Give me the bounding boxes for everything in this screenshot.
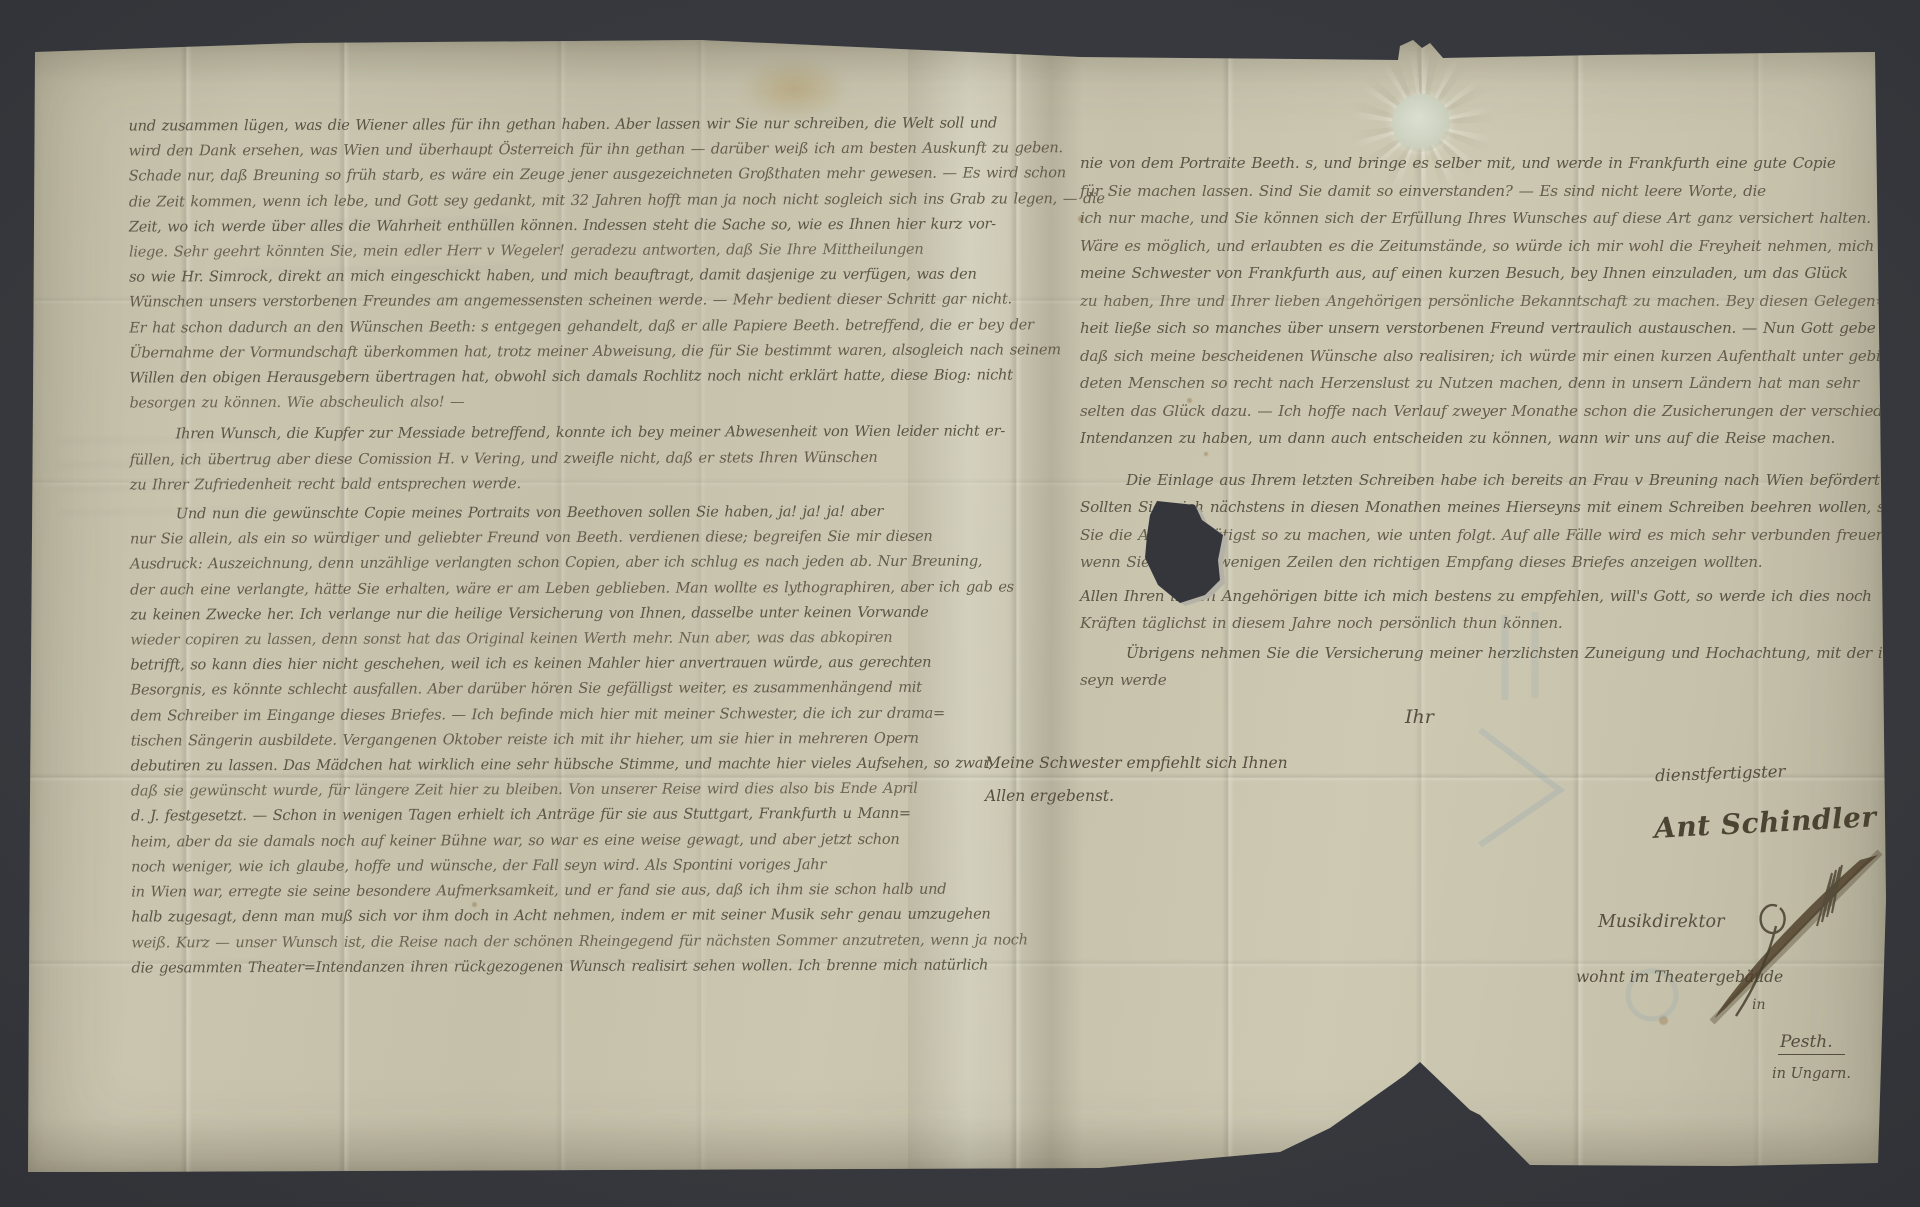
closing-ihr: Ihr	[1405, 706, 1434, 728]
signer-title: Musikdirektor	[1598, 912, 1724, 932]
handwritten-line: heit ließe sich so manches über unsern v…	[1080, 315, 1900, 343]
left-page-text: und zusammen lügen, was die Wiener alles…	[128, 111, 991, 981]
foxing-spot	[1659, 1016, 1668, 1025]
fold-crease	[1010, 38, 1022, 1174]
handwritten-line: meine Schwester von Frankfurth aus, auf …	[1080, 260, 1900, 288]
handwritten-line: in Wien war, erregte sie seine besondere…	[131, 877, 991, 905]
handwritten-line: zu Ihrer Zufriedenheit recht bald entspr…	[130, 469, 990, 497]
handwritten-line: betrifft, so kann dies hier nicht gesche…	[130, 650, 990, 678]
handwritten-line: Übernahme der Vormundschaft überkommen h…	[129, 337, 989, 365]
signature: Ant Schindler	[1653, 800, 1877, 845]
handwritten-line: Und nun die gewünschte Copie meines Port…	[130, 499, 990, 527]
sister-greeting-line2: Allen ergebenst.	[985, 787, 1114, 805]
handwritten-line: dem Schreiber im Eingange dieses Briefes…	[131, 700, 991, 728]
handwritten-line: halb zugesagt, denn man muß sich vor ihm…	[131, 902, 991, 930]
handwritten-line: tischen Sängerin ausbildete. Vergangenen…	[131, 725, 991, 753]
handwritten-line: Besorgnis, es könnte schlecht ausfallen.…	[130, 675, 990, 703]
handwritten-line: Die Einlage aus Ihrem letzten Schreiben …	[1080, 467, 1900, 495]
wax-seal-residue	[1392, 94, 1450, 152]
paragraph: Und nun die gewünschte Copie meines Port…	[130, 499, 992, 981]
handwritten-line: füllen, ich übertrug aber diese Comissio…	[130, 444, 990, 472]
handwritten-line: daß sich meine bescheidenen Wünsche also…	[1080, 343, 1900, 371]
handwritten-line: der auch eine verlangte, hätte Sie erhal…	[130, 574, 990, 602]
handwritten-line: Kräften täglichst in diesem Jahre noch p…	[1080, 610, 1900, 638]
handwritten-line: nie von dem Portraite Beeth. s, und brin…	[1080, 150, 1900, 178]
handwritten-line: Übrigens nehmen Sie die Versicherung mei…	[1080, 640, 1900, 668]
handwritten-line: seyn werde	[1080, 667, 1900, 695]
handwritten-line: Intendanzen zu haben, um dann auch entsc…	[1080, 425, 1900, 453]
handwritten-line: Zeit, wo ich werde über alles die Wahrhe…	[129, 211, 989, 239]
address-country: in Ungarn.	[1772, 1066, 1851, 1082]
handwritten-line: Wäre es möglich, und erlaubten es die Ze…	[1080, 233, 1900, 261]
handwritten-line: für Sie machen lassen. Sind Sie damit so…	[1080, 178, 1900, 206]
paragraph: Die Einlage aus Ihrem letzten Schreiben …	[1080, 467, 1900, 495]
paragraph: und zusammen lügen, was die Wiener alles…	[128, 111, 989, 416]
address-residence: wohnt im Theatergebäude	[1576, 968, 1783, 986]
sister-greeting-line1: Meine Schwester empfiehlt sich Ihnen	[985, 754, 1288, 772]
handwritten-line: Ihren Wunsch, die Kupfer zur Messiade be…	[130, 419, 990, 447]
handwritten-line: selten das Glück dazu. — Ich hoffe nach …	[1080, 398, 1900, 426]
handwritten-line: Ausdruck: Auszeichnung, denn unzählige v…	[130, 549, 990, 577]
handwritten-line: zu haben, Ihre und Ihrer lieben Angehöri…	[1080, 288, 1900, 316]
handwritten-line: weiß. Kurz — unser Wunsch ist, die Reise…	[131, 927, 991, 955]
handwritten-line: und zusammen lügen, was die Wiener alles…	[128, 111, 988, 139]
handwritten-line: die gesammten Theater=Intendanzen ihren …	[131, 952, 991, 980]
right-page-text: nie von dem Portraite Beeth. s, und brin…	[1080, 150, 1900, 695]
handwritten-line: zu keinen Zwecke her. Ich verlange nur d…	[130, 599, 990, 627]
paragraph: nie von dem Portraite Beeth. s, und brin…	[1080, 150, 1900, 453]
handwritten-line: Wünschen unsers verstorbenen Freundes am…	[129, 287, 989, 315]
handwritten-line: d. J. festgesetzt. — Schon in wenigen Ta…	[131, 801, 991, 829]
handwritten-line: debutiren zu lassen. Das Mädchen hat wir…	[131, 751, 991, 779]
handwritten-line: so wie Hr. Simrock, direkt an mich einge…	[129, 262, 989, 290]
handwritten-line: wird den Dank ersehen, was Wien und über…	[129, 136, 989, 164]
paragraph: Übrigens nehmen Sie die Versicherung mei…	[1080, 640, 1900, 695]
handwritten-line: die Zeit kommen, wenn ich lebe, und Gott…	[129, 186, 989, 214]
handwritten-line: Willen den obigen Herausgebern übertrage…	[129, 363, 989, 391]
handwritten-line: noch weniger, wie ich glaube, hoffe und …	[131, 851, 991, 879]
handwritten-line: Er hat schon dadurch an den Wünschen Bee…	[129, 312, 989, 340]
paragraph: Ihren Wunsch, die Kupfer zur Messiade be…	[130, 419, 990, 498]
handwritten-line: liege. Sehr geehrt könnten Sie, mein edl…	[129, 237, 989, 265]
address-in: in	[1752, 997, 1766, 1013]
address-city: Pesth.	[1778, 1032, 1845, 1055]
handwritten-line: Schade nur, daß Breuning so früh starb, …	[129, 161, 989, 189]
handwritten-line: wieder copiren zu lassen, denn sonst hat…	[130, 625, 990, 653]
handwritten-line: heim, aber da sie damals noch auf keiner…	[131, 826, 991, 854]
photographed-letter: und zusammen lügen, was die Wiener alles…	[0, 0, 1920, 1207]
handwritten-line: daß sie gewünscht wurde, für längere Zei…	[131, 776, 991, 804]
handwritten-line: deten Menschen so recht nach Herzenslust…	[1080, 370, 1900, 398]
handwritten-line: ich nur mache, und Sie können sich der E…	[1080, 205, 1900, 233]
letter-sheet: und zusammen lügen, was die Wiener alles…	[28, 38, 1886, 1174]
handwritten-line: besorgen zu können. Wie abscheulich also…	[129, 388, 989, 416]
handwritten-line: nur Sie allein, als ein so würdiger und …	[130, 524, 990, 552]
